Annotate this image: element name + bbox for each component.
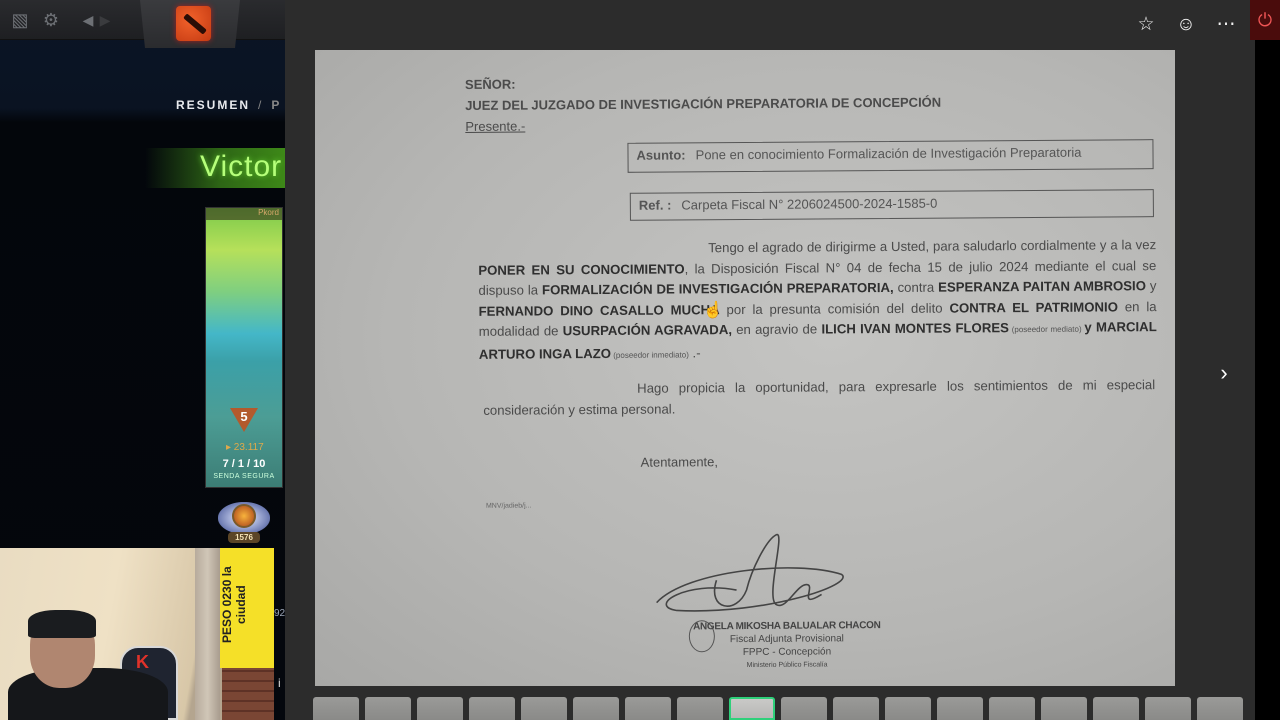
text: por la presunta comisión del delito xyxy=(720,300,950,317)
right-edge xyxy=(1255,40,1280,720)
signature-icon xyxy=(646,529,857,630)
addressee: JUEZ DEL JUZGADO DE INVESTIGACIÓN PREPAR… xyxy=(465,92,941,116)
edge-text: 92 xyxy=(274,608,285,619)
filmstrip-thumb[interactable] xyxy=(1145,697,1191,720)
forward-arrow-icon[interactable]: ▶ xyxy=(95,10,115,30)
hero-kda: 7 / 1 / 10 xyxy=(206,458,282,470)
webcam-wall xyxy=(195,548,220,720)
asunto-label: Asunto: xyxy=(636,147,685,162)
signer-institution: Ministerio Público Fiscalía xyxy=(687,658,887,672)
small-text: (poseedor mediato) xyxy=(1009,325,1085,335)
rank-medal[interactable]: 1576 xyxy=(218,496,270,544)
gear-icon[interactable]: ⚙ xyxy=(41,10,61,30)
info-icon[interactable]: i xyxy=(278,676,286,696)
hero-card[interactable]: Pkord 5 ▸ 23.117 7 / 1 / 10 SENDA SEGURA xyxy=(205,207,283,488)
initials: MNV/jadieb/j... xyxy=(486,502,532,509)
filmstrip-thumb[interactable] xyxy=(573,697,619,720)
viewer-toolbar: ☆ ☺ ⋯ xyxy=(1135,0,1255,50)
webcam-person-hair xyxy=(28,610,96,638)
text: y xyxy=(1084,320,1096,335)
dota-small-logo-icon[interactable]: ▧ xyxy=(10,10,30,30)
bold-text: ILICH IVAN MONTES FLORES xyxy=(821,320,1009,336)
breadcrumb: RESUMEN/P xyxy=(176,98,281,112)
signer-name: ANGELA MIKOSHA BALUALAR CHACON xyxy=(687,619,887,633)
filmstrip-thumb[interactable] xyxy=(885,697,931,720)
filmstrip xyxy=(285,695,1255,720)
webcam-brick-wall xyxy=(222,668,274,720)
text: Tengo el agrado de dirigirme a Usted, pa… xyxy=(708,237,1156,255)
filmstrip-thumb[interactable] xyxy=(365,697,411,720)
filmstrip-thumb-active[interactable] xyxy=(729,697,775,720)
hero-lane: SENDA SEGURA xyxy=(206,473,282,480)
hand-cursor-icon: ☝ xyxy=(703,302,717,320)
filmstrip-thumb[interactable] xyxy=(313,697,359,720)
filmstrip-thumb[interactable] xyxy=(989,697,1035,720)
power-icon[interactable]: ⏻ xyxy=(1250,0,1280,40)
document: SEÑOR: JUEZ DEL JUZGADO DE INVESTIGACIÓN… xyxy=(315,50,1175,686)
filmstrip-thumb[interactable] xyxy=(1197,697,1243,720)
presente: Presente.- xyxy=(465,113,941,137)
text: contra xyxy=(894,280,939,295)
filmstrip-thumb[interactable] xyxy=(1093,697,1139,720)
document-photo: SEÑOR: JUEZ DEL JUZGADO DE INVESTIGACIÓN… xyxy=(315,50,1175,686)
bold-text: USURPACIÓN AGRAVADA, xyxy=(563,322,732,338)
filmstrip-thumb[interactable] xyxy=(937,697,983,720)
webcam-banner: PESO 0230 la ciudad xyxy=(220,548,274,668)
filmstrip-thumb[interactable] xyxy=(417,697,463,720)
breadcrumb-resumen[interactable]: RESUMEN xyxy=(176,98,250,112)
filmstrip-thumb[interactable] xyxy=(521,697,567,720)
bold-text: FORMALIZACIÓN DE INVESTIGACIÓN PREPARATO… xyxy=(542,280,894,297)
screen: ▧ ⚙ ◀ ▶ RESUMEN/P Victor Pkord 5 ▸ 23.11… xyxy=(0,0,1280,720)
next-image-arrow-icon[interactable]: › xyxy=(1212,360,1236,386)
filmstrip-thumb[interactable] xyxy=(781,697,827,720)
closing: Atentamente, xyxy=(641,454,718,470)
match-result-title: Victor xyxy=(200,150,282,184)
filmstrip-thumb[interactable] xyxy=(677,697,723,720)
text: .- xyxy=(689,345,701,360)
filmstrip-thumb[interactable] xyxy=(469,697,515,720)
hero-card-header: Pkord xyxy=(206,208,282,220)
more-options-icon[interactable]: ⋯ xyxy=(1215,14,1237,36)
filmstrip-thumb[interactable] xyxy=(625,697,671,720)
text: en agravio de xyxy=(732,321,822,337)
document-address-block: SEÑOR: JUEZ DEL JUZGADO DE INVESTIGACIÓN… xyxy=(465,71,941,137)
webcam-overlay: PESO 0230 la ciudad K xyxy=(0,548,274,720)
filmstrip-thumb[interactable] xyxy=(1041,697,1087,720)
hero-gold: ▸ 23.117 xyxy=(226,442,264,453)
medal-core-icon xyxy=(232,504,256,528)
asunto-box: Asunto:Pone en conocimiento Formalizació… xyxy=(627,139,1153,173)
body-paragraph-2: Hago propicia la oportunidad, para expre… xyxy=(483,375,1155,421)
asunto-text: Pone en conocimiento Formalización de In… xyxy=(696,145,1082,163)
hero-level-badge: 5 xyxy=(230,408,258,432)
breadcrumb-next[interactable]: P xyxy=(271,98,281,112)
filmstrip-thumb[interactable] xyxy=(833,697,879,720)
chair-logo-icon: K xyxy=(136,652,149,673)
ref-box: Ref. :Carpeta Fiscal N° 2206024500-2024-… xyxy=(630,189,1154,221)
ref-label: Ref. : xyxy=(639,198,672,213)
signature-seal: ANGELA MIKOSHA BALUALAR CHACON Fiscal Ad… xyxy=(687,619,887,672)
breadcrumb-separator: / xyxy=(258,98,263,112)
feedback-smiley-icon[interactable]: ☺ xyxy=(1175,14,1197,36)
bold-text: ESPERANZA PAITAN AMBROSIO xyxy=(938,278,1146,294)
ref-text: Carpeta Fiscal N° 2206024500-2024-1585-0 xyxy=(681,196,937,213)
dota-logo-icon[interactable] xyxy=(176,6,211,41)
text: y xyxy=(1146,278,1157,293)
bold-text: CONTRA EL PATRIMONIO xyxy=(949,299,1118,315)
small-text: (poseedor inmediato) xyxy=(611,350,689,360)
medal-mmr: 1576 xyxy=(228,532,260,543)
favorite-star-icon[interactable]: ☆ xyxy=(1135,14,1157,36)
body-paragraph-1: Tengo el agrado de dirigirme a Usted, pa… xyxy=(478,235,1157,367)
bold-text: FERNANDO DINO CASALLO MUCHA xyxy=(479,302,720,319)
bold-text: PONER EN SU CONOCIMIENTO xyxy=(478,261,684,277)
